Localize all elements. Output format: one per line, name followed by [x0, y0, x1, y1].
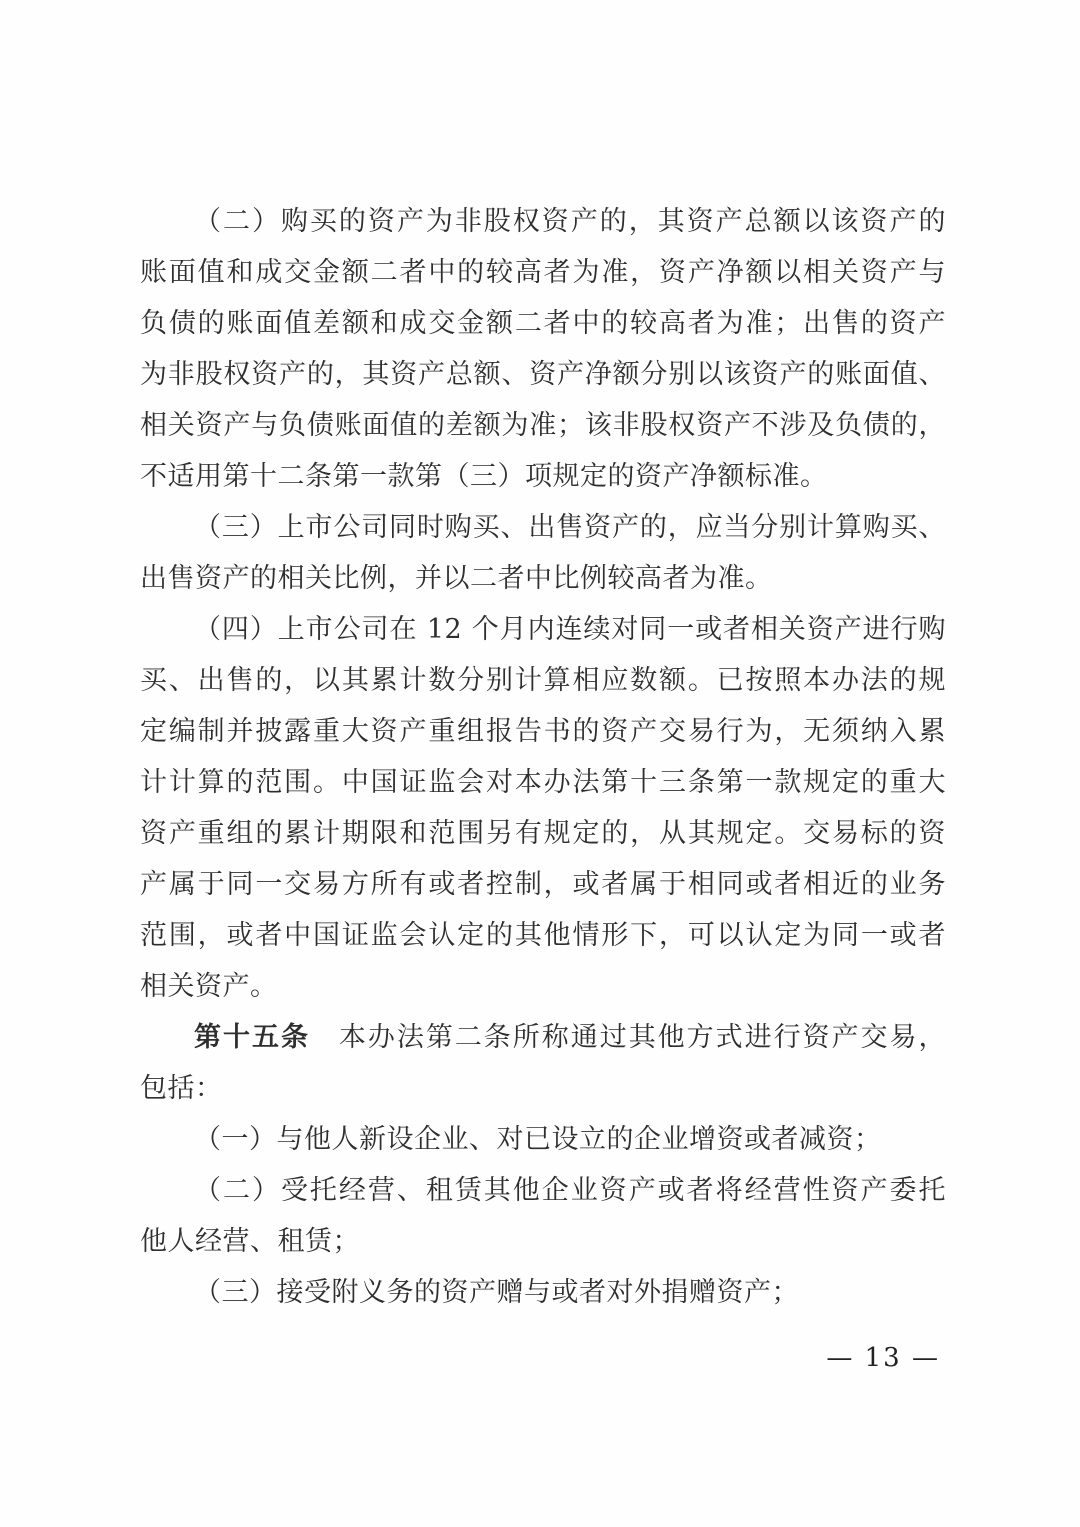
text-line: 相关资产。: [140, 961, 946, 1012]
text-line: 资产重组的累计期限和范围另有规定的，从其规定。交易标的资: [140, 808, 946, 859]
text-line: （四）上市公司在 12 个月内连续对同一或者相关资产进行购: [140, 604, 946, 655]
text-line: 定编制并披露重大资产重组报告书的资产交易行为，无须纳入累: [140, 706, 946, 757]
text-line: 产属于同一交易方所有或者控制，或者属于相同或者相近的业务: [140, 859, 946, 910]
text-line: 范围，或者中国证监会认定的其他情形下，可以认定为同一或者: [140, 910, 946, 961]
text-line: 出售资产的相关比例，并以二者中比例较高者为准。: [140, 553, 946, 604]
page-number: — 13 —: [826, 1343, 940, 1373]
text-line: 包括：: [140, 1063, 946, 1114]
text-line: （三）上市公司同时购买、出售资产的，应当分别计算购买、: [140, 502, 946, 553]
text-line: 第十五条 本办法第二条所称通过其他方式进行资产交易，: [140, 1012, 946, 1063]
text-line: 他人经营、租赁；: [140, 1216, 946, 1267]
article-heading: 第十五条: [194, 1022, 310, 1053]
text-line: 相关资产与负债账面值的差额为准；该非股权资产不涉及负债的，: [140, 400, 946, 451]
text-line: （二）购买的资产为非股权资产的，其资产总额以该资产的: [140, 196, 946, 247]
text-line: 计计算的范围。中国证监会对本办法第十三条第一款规定的重大: [140, 757, 946, 808]
text-line: （三）接受附义务的资产赠与或者对外捐赠资产；: [140, 1267, 946, 1318]
text-line: 买、出售的，以其累计数分别计算相应数额。已按照本办法的规: [140, 655, 946, 706]
text-line: （二）受托经营、租赁其他企业资产或者将经营性资产委托: [140, 1165, 946, 1216]
text-line: （一）与他人新设企业、对已设立的企业增资或者减资；: [140, 1114, 946, 1165]
body-text: （二）购买的资产为非股权资产的，其资产总额以该资产的 账面值和成交金额二者中的较…: [140, 196, 946, 1318]
text-line: 为非股权资产的，其资产总额、资产净额分别以该资产的账面值、: [140, 349, 946, 400]
text-line: 负债的账面值差额和成交金额二者中的较高者为准；出售的资产: [140, 298, 946, 349]
text-line: 账面值和成交金额二者中的较高者为准，资产净额以相关资产与: [140, 247, 946, 298]
document-page: （二）购买的资产为非股权资产的，其资产总额以该资产的 账面值和成交金额二者中的较…: [0, 0, 1080, 1527]
text-line: 不适用第十二条第一款第（三）项规定的资产净额标准。: [140, 451, 946, 502]
